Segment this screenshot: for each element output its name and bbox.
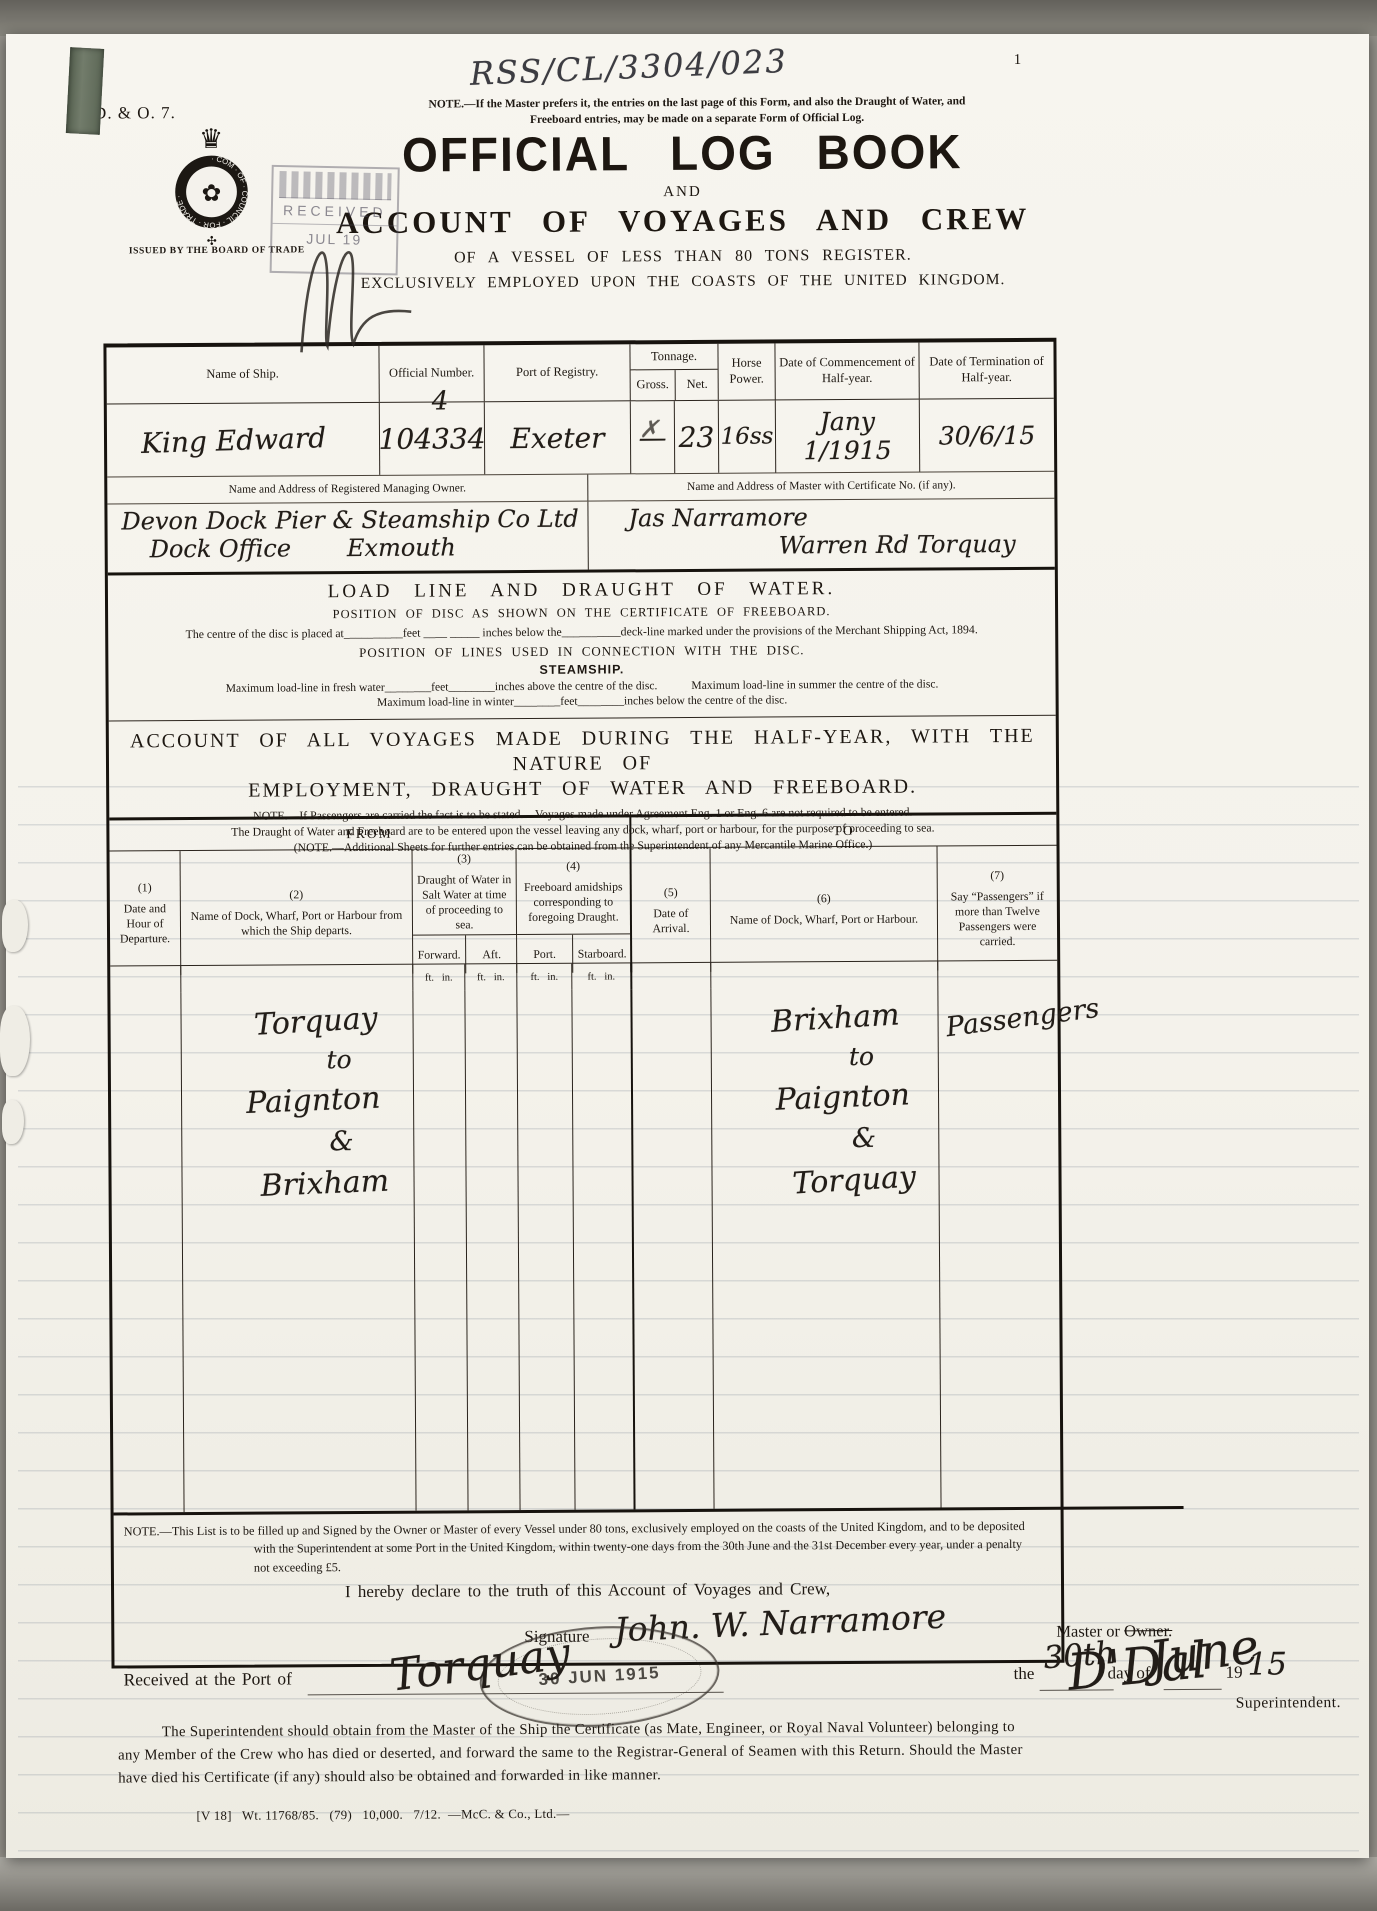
account-heading-line2: EMPLOYMENT, DRAUGHT OF WATER AND FREEBOA…: [109, 774, 1056, 805]
master-label: Name and Address of Master with Certific…: [587, 472, 1054, 501]
from-line: Torquay: [243, 1003, 389, 1041]
horse-power-header: Horse Power.: [717, 343, 774, 399]
owner-value: Devon Dock Pier & Steamship Co Ltd Dock …: [107, 502, 587, 573]
superintendent-label: Superintendent.: [1236, 1694, 1341, 1713]
fresh-water-line: Maximum load-line in fresh water________…: [226, 679, 658, 695]
disc-centre-line: The centre of the disc is placed at_____…: [108, 622, 1055, 643]
col2-number: (2): [289, 887, 303, 902]
from-line: Paignton: [238, 1083, 390, 1119]
form-code: D. & O. 7.: [94, 103, 176, 123]
print-code-footer: [V 18] Wt. 11768/85. (79) 10,000. 7/12. …: [196, 1807, 569, 1824]
col2-label: Name of Dock, Wharf, Port or Harbour fro…: [184, 907, 409, 939]
port-of-registry-header: Port of Registry.: [483, 344, 629, 401]
col4-label: Freeboard amidships corresponding to for…: [521, 879, 626, 925]
account-heading-line1: ACCOUNT OF ALL VOYAGES MADE DURING THE H…: [109, 724, 1056, 780]
to-line: Torquay: [792, 1162, 917, 1199]
col7-number: (7): [990, 868, 1004, 883]
col7-header: (7) Say “Passengers” if more than Twelve…: [937, 846, 1058, 971]
printed-form: RSS/CL/3304/023 1 D. & O. 7. NOTE.—If th…: [2, 30, 1376, 1862]
archival-reference-handwriting: RSS/CL/3304/023: [469, 42, 788, 93]
page-number: 1: [1014, 52, 1022, 69]
gross-tonnage-value: — ✗: [630, 401, 674, 473]
year-handwriting: 15: [1247, 1646, 1287, 1682]
ship-table-values: King Edward 4 104334 Exeter — ✗ 23 16ss …: [107, 399, 1054, 478]
net-header: Net.: [675, 370, 719, 400]
ftin-aft: ft. in.: [464, 964, 516, 990]
departure-date-cell: [110, 992, 183, 1512]
draught-forward-cell: [412, 990, 467, 1510]
from-group-header: FROM: [109, 817, 629, 850]
from-harbour-cell: Torquay to Paignton & Brixham: [180, 991, 415, 1512]
draught-aft-cell: [464, 990, 519, 1510]
official-number-value: 4 104334: [379, 402, 484, 475]
col3-header-group: (3) Draught of Water in Salt Water at ti…: [412, 849, 517, 974]
horse-power-value: 16ss: [718, 400, 775, 472]
bottom-note: NOTE.—This List is to be filled up and S…: [114, 1506, 1184, 1582]
passengers-handwriting: Passengers: [936, 977, 1101, 1044]
to-line: Brixham: [755, 999, 916, 1038]
tonnage-header: Tonnage.: [630, 344, 717, 371]
superintendent-signature: D'Dal: [1065, 1631, 1210, 1702]
col1-header: (1) Date and Hour of Departure.: [110, 851, 181, 976]
form-page: RSS/CL/3304/023 1 D. & O. 7. NOTE.—If th…: [6, 34, 1369, 1858]
voyage-table-group-row: FROM TO: [109, 812, 1056, 852]
ftin-empty: [110, 966, 180, 992]
summer-line: Maximum load-line in summer the centre o…: [691, 677, 938, 692]
ink-scrawl: [285, 234, 436, 365]
official-number-correction: 4: [432, 386, 449, 416]
termination-header: Date of Termination of Half-year.: [918, 342, 1053, 399]
ftin-starboard: ft. in.: [571, 963, 630, 989]
to-line: &: [812, 1125, 916, 1153]
disc-position-heading: POSITION OF DISC AS SHOWN ON THE CERTIFI…: [108, 603, 1055, 624]
voyage-table-header-row: (1) Date and Hour of Departure. (2) Name…: [110, 846, 1058, 967]
year-printed: 19: [1226, 1663, 1243, 1683]
stamp-smudge: [279, 171, 392, 200]
ftin-forward: ft. in.: [412, 964, 464, 990]
steamship-label: STEAMSHIP.: [108, 660, 1055, 680]
commencement-value: Jany 1/1915: [775, 400, 919, 473]
from-line: to: [290, 1047, 389, 1073]
from-line: Brixham: [260, 1167, 390, 1202]
voyage-table-body: Torquay to Paignton & Brixham: [110, 987, 1060, 1513]
col6-label: Name of Dock, Wharf, Port or Harbour.: [730, 912, 918, 928]
net-tonnage-value: 23: [674, 401, 718, 473]
col5-label: Date of Arrival.: [635, 906, 707, 937]
master-line1: Jas Narramore: [628, 503, 1046, 532]
tonnage-header-group: Tonnage. Gross. Net.: [629, 344, 717, 401]
col6-number: (6): [817, 891, 831, 906]
rose-icon: ✿: [202, 179, 222, 207]
to-harbour-cell: Brixham to Paignton & Torquay: [710, 987, 940, 1508]
superintendent-instructions: The Superintendent should obtain from th…: [118, 1715, 1196, 1791]
owner-line2b: Exmouth: [347, 535, 456, 562]
arrival-date-cell: [630, 989, 713, 1509]
to-group-header: TO: [629, 815, 1056, 848]
underlying-cover-edge: [66, 47, 104, 135]
gross-pencil-mark: ✗: [639, 415, 659, 443]
col6-header: (6) Name of Dock, Wharf, Port or Harbour…: [710, 846, 938, 972]
ftin-empty: [630, 963, 710, 989]
col4-number: (4): [566, 858, 580, 873]
col1-number: (1): [138, 880, 152, 895]
col1-label: Date and Hour of Departure.: [113, 901, 177, 947]
master-value: Jas Narramore Warren Rd Torquay: [587, 499, 1054, 570]
col3-label: Draught of Water in Salt Water at time o…: [417, 872, 512, 933]
gross-header: Gross.: [631, 370, 675, 400]
load-line-heading: LOAD LINE AND DRAUGHT OF WATER.: [108, 577, 1055, 605]
official-number-text: 104334: [378, 422, 485, 456]
owner-line2a: Dock Office: [150, 536, 291, 563]
to-route-handwriting: Brixham to Paignton & Torquay: [711, 988, 916, 1197]
ftin-empty: [710, 961, 937, 988]
ftin-empty: [180, 965, 412, 992]
account-section: ACCOUNT OF ALL VOYAGES MADE DURING THE H…: [109, 716, 1057, 818]
freeboard-port-cell: [516, 990, 574, 1510]
lines-position-heading: POSITION OF LINES USED IN CONNECTION WIT…: [108, 641, 1055, 663]
col7-label: Say “Passengers” if more than Twelve Pas…: [941, 888, 1054, 949]
ftin-port: ft. in.: [516, 964, 571, 990]
passengers-cell: Passengers: [937, 987, 1060, 1508]
to-line: Paignton: [769, 1080, 916, 1116]
from-line: &: [294, 1128, 389, 1156]
col5-number: (5): [664, 885, 678, 900]
col4-header-group: (4) Freeboard amidships corresponding to…: [516, 848, 631, 973]
received-stamp-text: RECEIVED: [273, 202, 397, 226]
port-of-registry-value: Exeter: [484, 401, 630, 474]
to-line: to: [808, 1044, 916, 1070]
owner-master-values: Devon Dock Pier & Steamship Co Ltd Dock …: [107, 499, 1054, 576]
commencement-header: Date of Commencement of Half-year.: [774, 343, 918, 400]
ship-table-header: Name of Ship. Official Number. Port of R…: [106, 342, 1053, 405]
the-label: the: [1014, 1664, 1035, 1684]
owner-line1: Devon Dock Pier & Steamship Co Ltd: [121, 506, 579, 535]
freeboard-starboard-cell: [571, 989, 633, 1509]
load-line-section: LOAD LINE AND DRAUGHT OF WATER. POSITION…: [108, 570, 1056, 722]
scanned-log-book-photo: RSS/CL/3304/023 1 D. & O. 7. NOTE.—If th…: [0, 0, 1377, 1911]
col5-header: (5) Date of Arrival.: [630, 848, 711, 973]
owner-label: Name and Address of Registered Managing …: [107, 475, 587, 504]
ship-name-value: King Edward: [106, 399, 380, 480]
received-at-port-label: Received at the Port of: [124, 1668, 293, 1690]
termination-value: 30/6/15: [919, 399, 1054, 472]
form-main-box: Name of Ship. Official Number. Port of R…: [103, 338, 1064, 1669]
col3-number: (3): [457, 851, 471, 866]
from-route-handwriting: Torquay to Paignton & Brixham: [181, 991, 389, 1200]
col2-header: (2) Name of Dock, Wharf, Port or Harbour…: [180, 850, 413, 976]
master-line2: Warren Rd Torquay: [629, 531, 1047, 560]
